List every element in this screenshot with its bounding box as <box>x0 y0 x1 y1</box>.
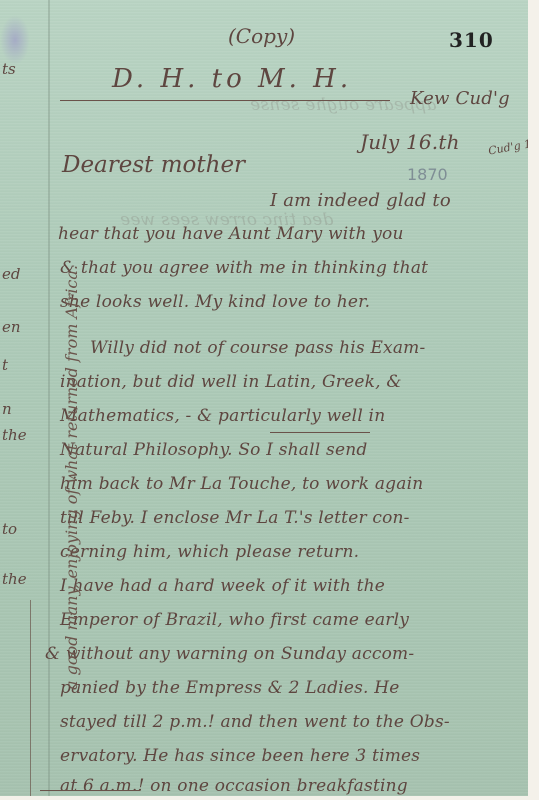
body-line: ervatory. He has since been here 3 times <box>60 746 420 766</box>
margin-fragment: the <box>2 570 27 588</box>
body-line: Willy did not of course pass his Exam- <box>90 338 425 358</box>
margin-fragment: n <box>2 400 12 418</box>
body-line: she looks well. My kind love to her. <box>60 292 370 312</box>
body-line: & without any warning on Sunday accom- <box>45 644 414 664</box>
copy-label: (Copy) <box>228 24 295 48</box>
body-line: Mathematics, - & particularly well in <box>60 406 385 426</box>
body-line: Natural Philosophy. So I shall send <box>60 440 367 460</box>
margin-note-vertical: a good many, enjoying of what returned f… <box>62 265 81 690</box>
page-fold-line <box>48 0 50 796</box>
emphasis-underline <box>40 790 140 791</box>
body-line: & that you agree with me in thinking tha… <box>60 258 428 278</box>
date: July 16.th <box>360 130 460 154</box>
page-number-stamp: 310 <box>449 28 494 52</box>
year-pencil-note: 1870 <box>407 165 448 184</box>
body-line: cerning him, which please return. <box>60 542 359 562</box>
margin-fragment: the <box>2 426 27 444</box>
body-line: I am indeed glad to <box>270 190 451 211</box>
body-line: stayed till 2 p.m.! and then went to the… <box>60 712 450 732</box>
margin-fragment: t <box>2 356 8 374</box>
place: Kew Cud'g <box>410 88 510 109</box>
salutation: Dearest mother <box>62 152 245 178</box>
margin-fragment: to <box>2 520 17 538</box>
margin-fragment: en <box>2 318 21 336</box>
heading-underline <box>60 100 390 101</box>
margin-fragment: ed <box>2 265 20 283</box>
letter-page: appeare oughe sense dea tinc orrew sees … <box>0 0 528 796</box>
date-annotation: Cud'g 18. <box>487 135 528 157</box>
body-line: hear that you have Aunt Mary with you <box>58 224 404 244</box>
body-line: ination, but did well in Latin, Greek, & <box>60 372 402 392</box>
body-line: at 6 a.m.! on one occasion breakfasting <box>60 776 408 796</box>
body-line: him back to Mr La Touche, to work again <box>60 474 423 494</box>
body-line: till Feby. I enclose Mr La T.'s letter c… <box>60 508 410 528</box>
margin-fragment: ts <box>2 60 16 78</box>
ink-stain <box>0 15 30 65</box>
bleed-through-text: appeare oughe sense <box>250 95 436 115</box>
body-line: Emperor of Brazil, who first came early <box>60 610 409 630</box>
margin-bracket-line <box>30 600 31 796</box>
body-line: panied by the Empress & 2 Ladies. He <box>60 678 400 698</box>
emphasis-underline <box>270 432 370 433</box>
from-to-heading: D. H. to M. H. <box>112 64 352 94</box>
body-line: I have had a hard week of it with the <box>60 576 385 596</box>
